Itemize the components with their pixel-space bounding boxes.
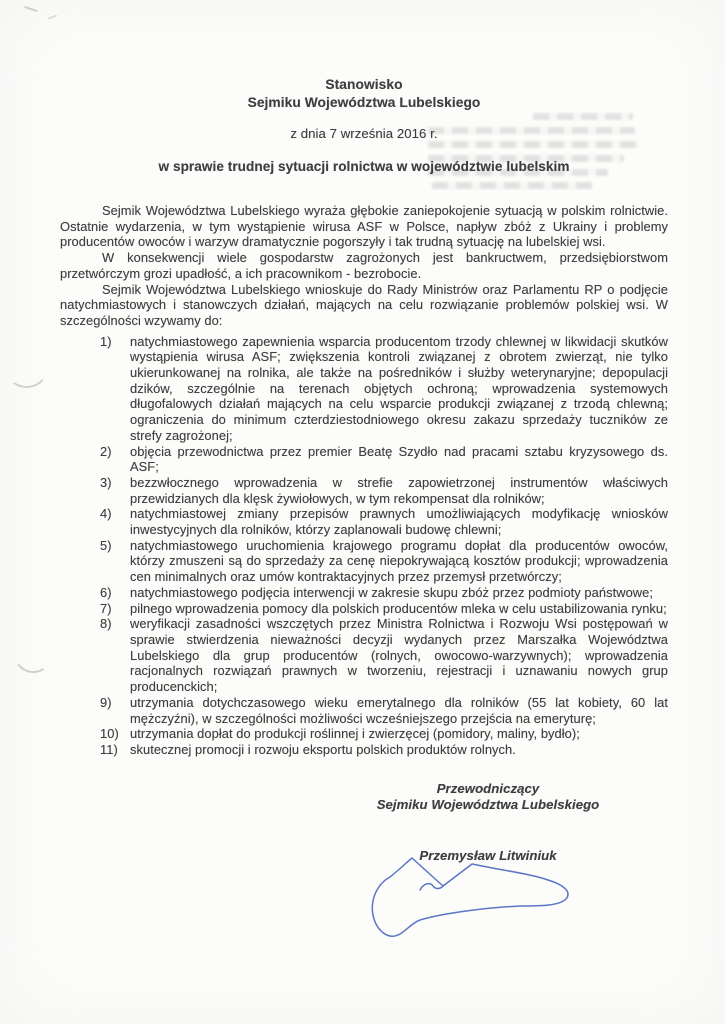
paragraph-request: Sejmik Województwa Lubelskiego wnioskuje… <box>60 282 668 329</box>
hole-punch-shadow-artifact <box>4 348 50 390</box>
demand-list-item: 2) objęcia przewodnictwa przez premier B… <box>100 444 668 475</box>
demand-text: pilnego wprowadzenia pomocy dla polskich… <box>130 601 668 617</box>
demand-number: 8) <box>100 616 130 695</box>
demand-list-item: 7) pilnego wprowadzenia pomocy dla polsk… <box>100 601 668 617</box>
document-title: Stanowisko Sejmiku Województwa Lubelskie… <box>60 76 668 112</box>
signer-role-line-1: Przewodniczący <box>328 781 648 798</box>
scanned-document-page: Stanowisko Sejmiku Województwa Lubelskie… <box>0 0 725 1024</box>
demand-number: 6) <box>100 585 130 601</box>
demand-text: natychmiastowego zapewnienia wsparcia pr… <box>130 334 668 444</box>
title-line-1: Stanowisko <box>60 76 668 94</box>
document-content: Stanowisko Sejmiku Województwa Lubelskie… <box>60 76 668 864</box>
demand-list-item: 11) skutecznej promocji i rozwoju ekspor… <box>100 742 668 758</box>
handwritten-signature-ink <box>360 845 580 945</box>
document-subject: w sprawie trudnej sytuacji rolnictwa w w… <box>60 159 668 175</box>
paragraph-consequences: W konsekwencji wiele gospodarstw zagrożo… <box>60 250 668 281</box>
demand-list-item: 4) natychmiastowej zmiany przepisów praw… <box>100 506 668 537</box>
demand-text: utrzymania dotychczasowego wieku emeryta… <box>130 695 668 726</box>
demand-text: utrzymania dopłat do produkcji roślinnej… <box>130 726 668 742</box>
demand-list-item: 9) utrzymania dotychczasowego wieku emer… <box>100 695 668 726</box>
demand-number: 1) <box>100 334 130 444</box>
document-date: z dnia 7 września 2016 r. <box>60 126 668 142</box>
demand-number: 5) <box>100 538 130 585</box>
demand-text: skutecznej promocji i rozwoju eksportu p… <box>130 742 668 758</box>
demand-number: 7) <box>100 601 130 617</box>
demand-number: 3) <box>100 475 130 506</box>
signature-stroke <box>372 858 568 936</box>
paragraph-intro: Sejmik Województwa Lubelskiego wyraża gł… <box>60 203 668 250</box>
demand-text: objęcia przewodnictwa przez premier Beat… <box>130 444 668 475</box>
demand-number: 10) <box>100 726 130 742</box>
demand-number: 4) <box>100 506 130 537</box>
demand-list-item: 6) natychmiastowego podjęcia interwencji… <box>100 585 668 601</box>
demand-text: natychmiastowego podjęcia interwencji w … <box>130 585 668 601</box>
demand-text: natychmiastowej zmiany przepisów prawnyc… <box>130 506 668 537</box>
signer-role-line-2: Sejmiku Województwa Lubelskiego <box>328 797 648 814</box>
scan-smudge-artifact <box>48 15 57 20</box>
demand-list: 1) natychmiastowego zapewnienia wsparcia… <box>60 334 668 758</box>
demand-text: natychmiastowego uruchomienia krajowego … <box>130 538 668 585</box>
demand-number: 2) <box>100 444 130 475</box>
demand-list-item: 8) weryfikacji zasadności wszczętych prz… <box>100 616 668 695</box>
demand-list-item: 1) natychmiastowego zapewnienia wsparcia… <box>100 334 668 444</box>
hole-punch-shadow-artifact <box>11 634 55 676</box>
demand-list-item: 10) utrzymania dopłat do produkcji rośli… <box>100 726 668 742</box>
scan-smudge-artifact <box>24 6 38 12</box>
demand-text: weryfikacji zasadności wszczętych przez … <box>130 616 668 695</box>
demand-list-item: 5) natychmiastowego uruchomienia krajowe… <box>100 538 668 585</box>
demand-list-item: 3) bezzwłocznego wprowadzenia w strefie … <box>100 475 668 506</box>
title-line-2: Sejmiku Województwa Lubelskiego <box>60 94 668 112</box>
demand-number: 9) <box>100 695 130 726</box>
demand-text: bezzwłocznego wprowadzenia w strefie zap… <box>130 475 668 506</box>
document-body: Sejmik Województwa Lubelskiego wyraża gł… <box>60 203 668 758</box>
demand-number: 11) <box>100 742 130 758</box>
